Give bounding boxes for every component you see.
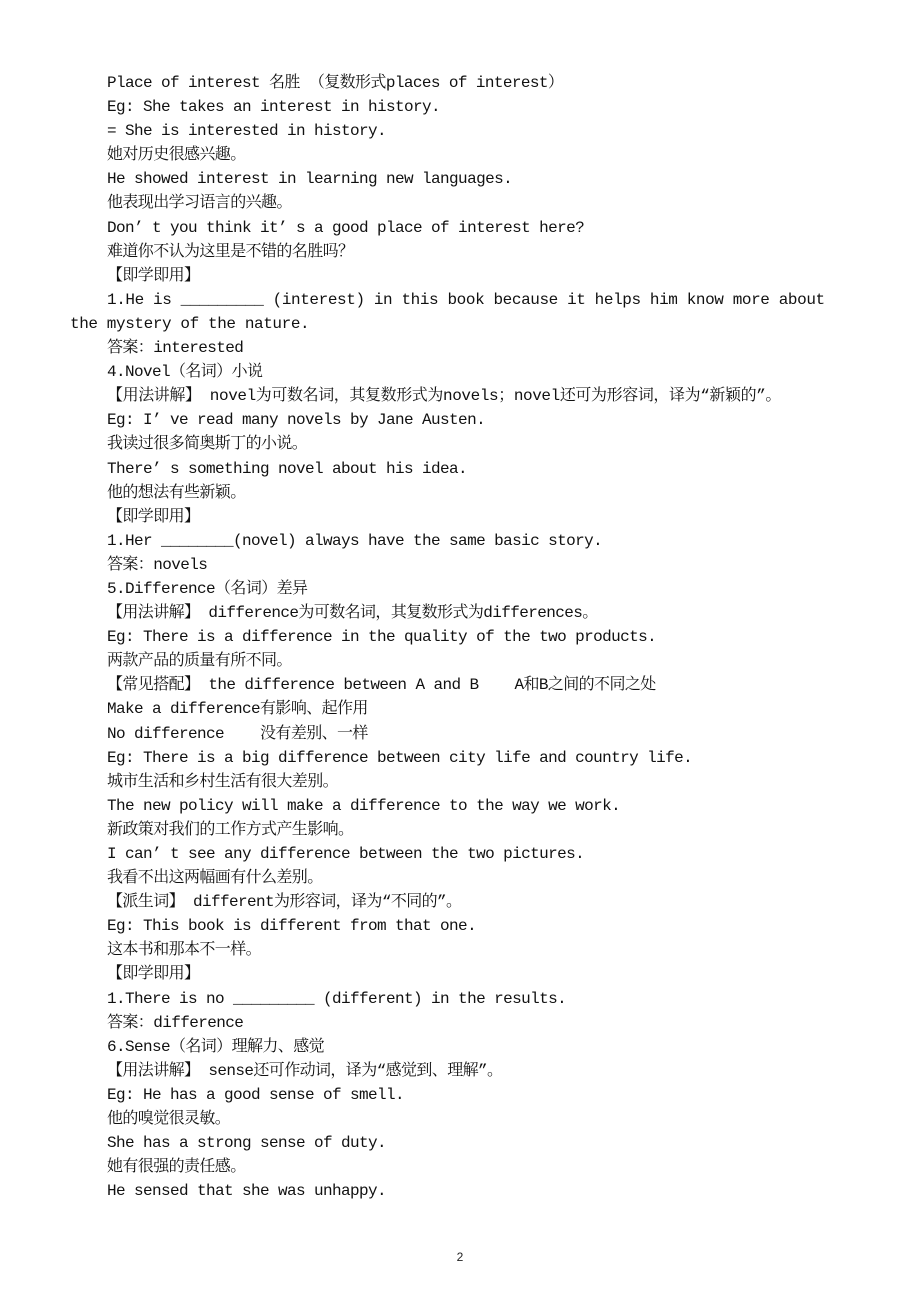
text-line: 5.Difference（名词）差异 (70, 577, 855, 601)
document-page: Place of interest 名胜 （复数形式places of inte… (0, 0, 920, 1302)
text-line: 1.He is _________ (interest) in this boo… (70, 288, 855, 336)
text-line: Place of interest 名胜 （复数形式places of inte… (70, 71, 855, 95)
text-line: 答案：difference (70, 1011, 855, 1035)
text-line: Eg: I’ ve read many novels by Jane Auste… (70, 408, 855, 432)
text-line: 【用法讲解】 difference为可数名词，其复数形式为differences… (70, 601, 855, 625)
text-line: Make a difference有影响、起作用 (70, 697, 855, 721)
text-line: I can’ t see any difference between the … (70, 842, 855, 866)
text-line: 这本书和那本不一样。 (70, 938, 855, 962)
text-line: 她有很强的责任感。 (70, 1155, 855, 1179)
text-line: No difference 没有差别、一样 (70, 722, 855, 746)
text-line: 【用法讲解】 sense还可作动词，译为“感觉到、理解”。 (70, 1059, 855, 1083)
text-line: 【即学即用】 (70, 264, 855, 288)
text-line: 【用法讲解】 novel为可数名词，其复数形式为novels；novel还可为形… (70, 384, 855, 408)
page-number: 2 (0, 1250, 920, 1264)
text-line: 两款产品的质量有所不同。 (70, 649, 855, 673)
text-line: 4.Novel（名词）小说 (70, 360, 855, 384)
text-line: 城市生活和乡村生活有很大差别。 (70, 770, 855, 794)
text-line: 我看不出这两幅画有什么差别。 (70, 866, 855, 890)
text-line: There’ s something novel about his idea. (70, 457, 855, 481)
text-line: Eg: This book is different from that one… (70, 914, 855, 938)
text-line: Eg: He has a good sense of smell. (70, 1083, 855, 1107)
text-line: Eg: There is a big difference between ci… (70, 746, 855, 770)
text-line: He sensed that she was unhappy. (70, 1179, 855, 1203)
document-body: Place of interest 名胜 （复数形式places of inte… (70, 71, 855, 1203)
text-line: He showed interest in learning new langu… (70, 167, 855, 191)
text-line: 【即学即用】 (70, 962, 855, 986)
text-line: 【即学即用】 (70, 505, 855, 529)
text-line: 他表现出学习语言的兴趣。 (70, 191, 855, 215)
text-line: 难道你不认为这里是不错的名胜吗？ (70, 240, 855, 264)
text-line: 6.Sense（名词）理解力、感觉 (70, 1035, 855, 1059)
text-line: 她对历史很感兴趣。 (70, 143, 855, 167)
text-line: 我读过很多简奥斯丁的小说。 (70, 432, 855, 456)
text-line: 他的想法有些新颖。 (70, 481, 855, 505)
text-line: 1.Her ________(novel) always have the sa… (70, 529, 855, 553)
text-line: 【常见搭配】 the difference between A and B A和… (70, 673, 855, 697)
text-line: 他的嗅觉很灵敏。 (70, 1107, 855, 1131)
text-line: Eg: She takes an interest in history. (70, 95, 855, 119)
text-line: 【派生词】 different为形容词，译为“不同的”。 (70, 890, 855, 914)
text-line: Don’ t you think it’ s a good place of i… (70, 216, 855, 240)
text-line: 答案：novels (70, 553, 855, 577)
text-line: 1.There is no _________ (different) in t… (70, 987, 855, 1011)
text-line: She has a strong sense of duty. (70, 1131, 855, 1155)
text-line: 答案：interested (70, 336, 855, 360)
text-line: = She is interested in history. (70, 119, 855, 143)
text-line: The new policy will make a difference to… (70, 794, 855, 818)
text-line: Eg: There is a difference in the quality… (70, 625, 855, 649)
text-line: 新政策对我们的工作方式产生影响。 (70, 818, 855, 842)
